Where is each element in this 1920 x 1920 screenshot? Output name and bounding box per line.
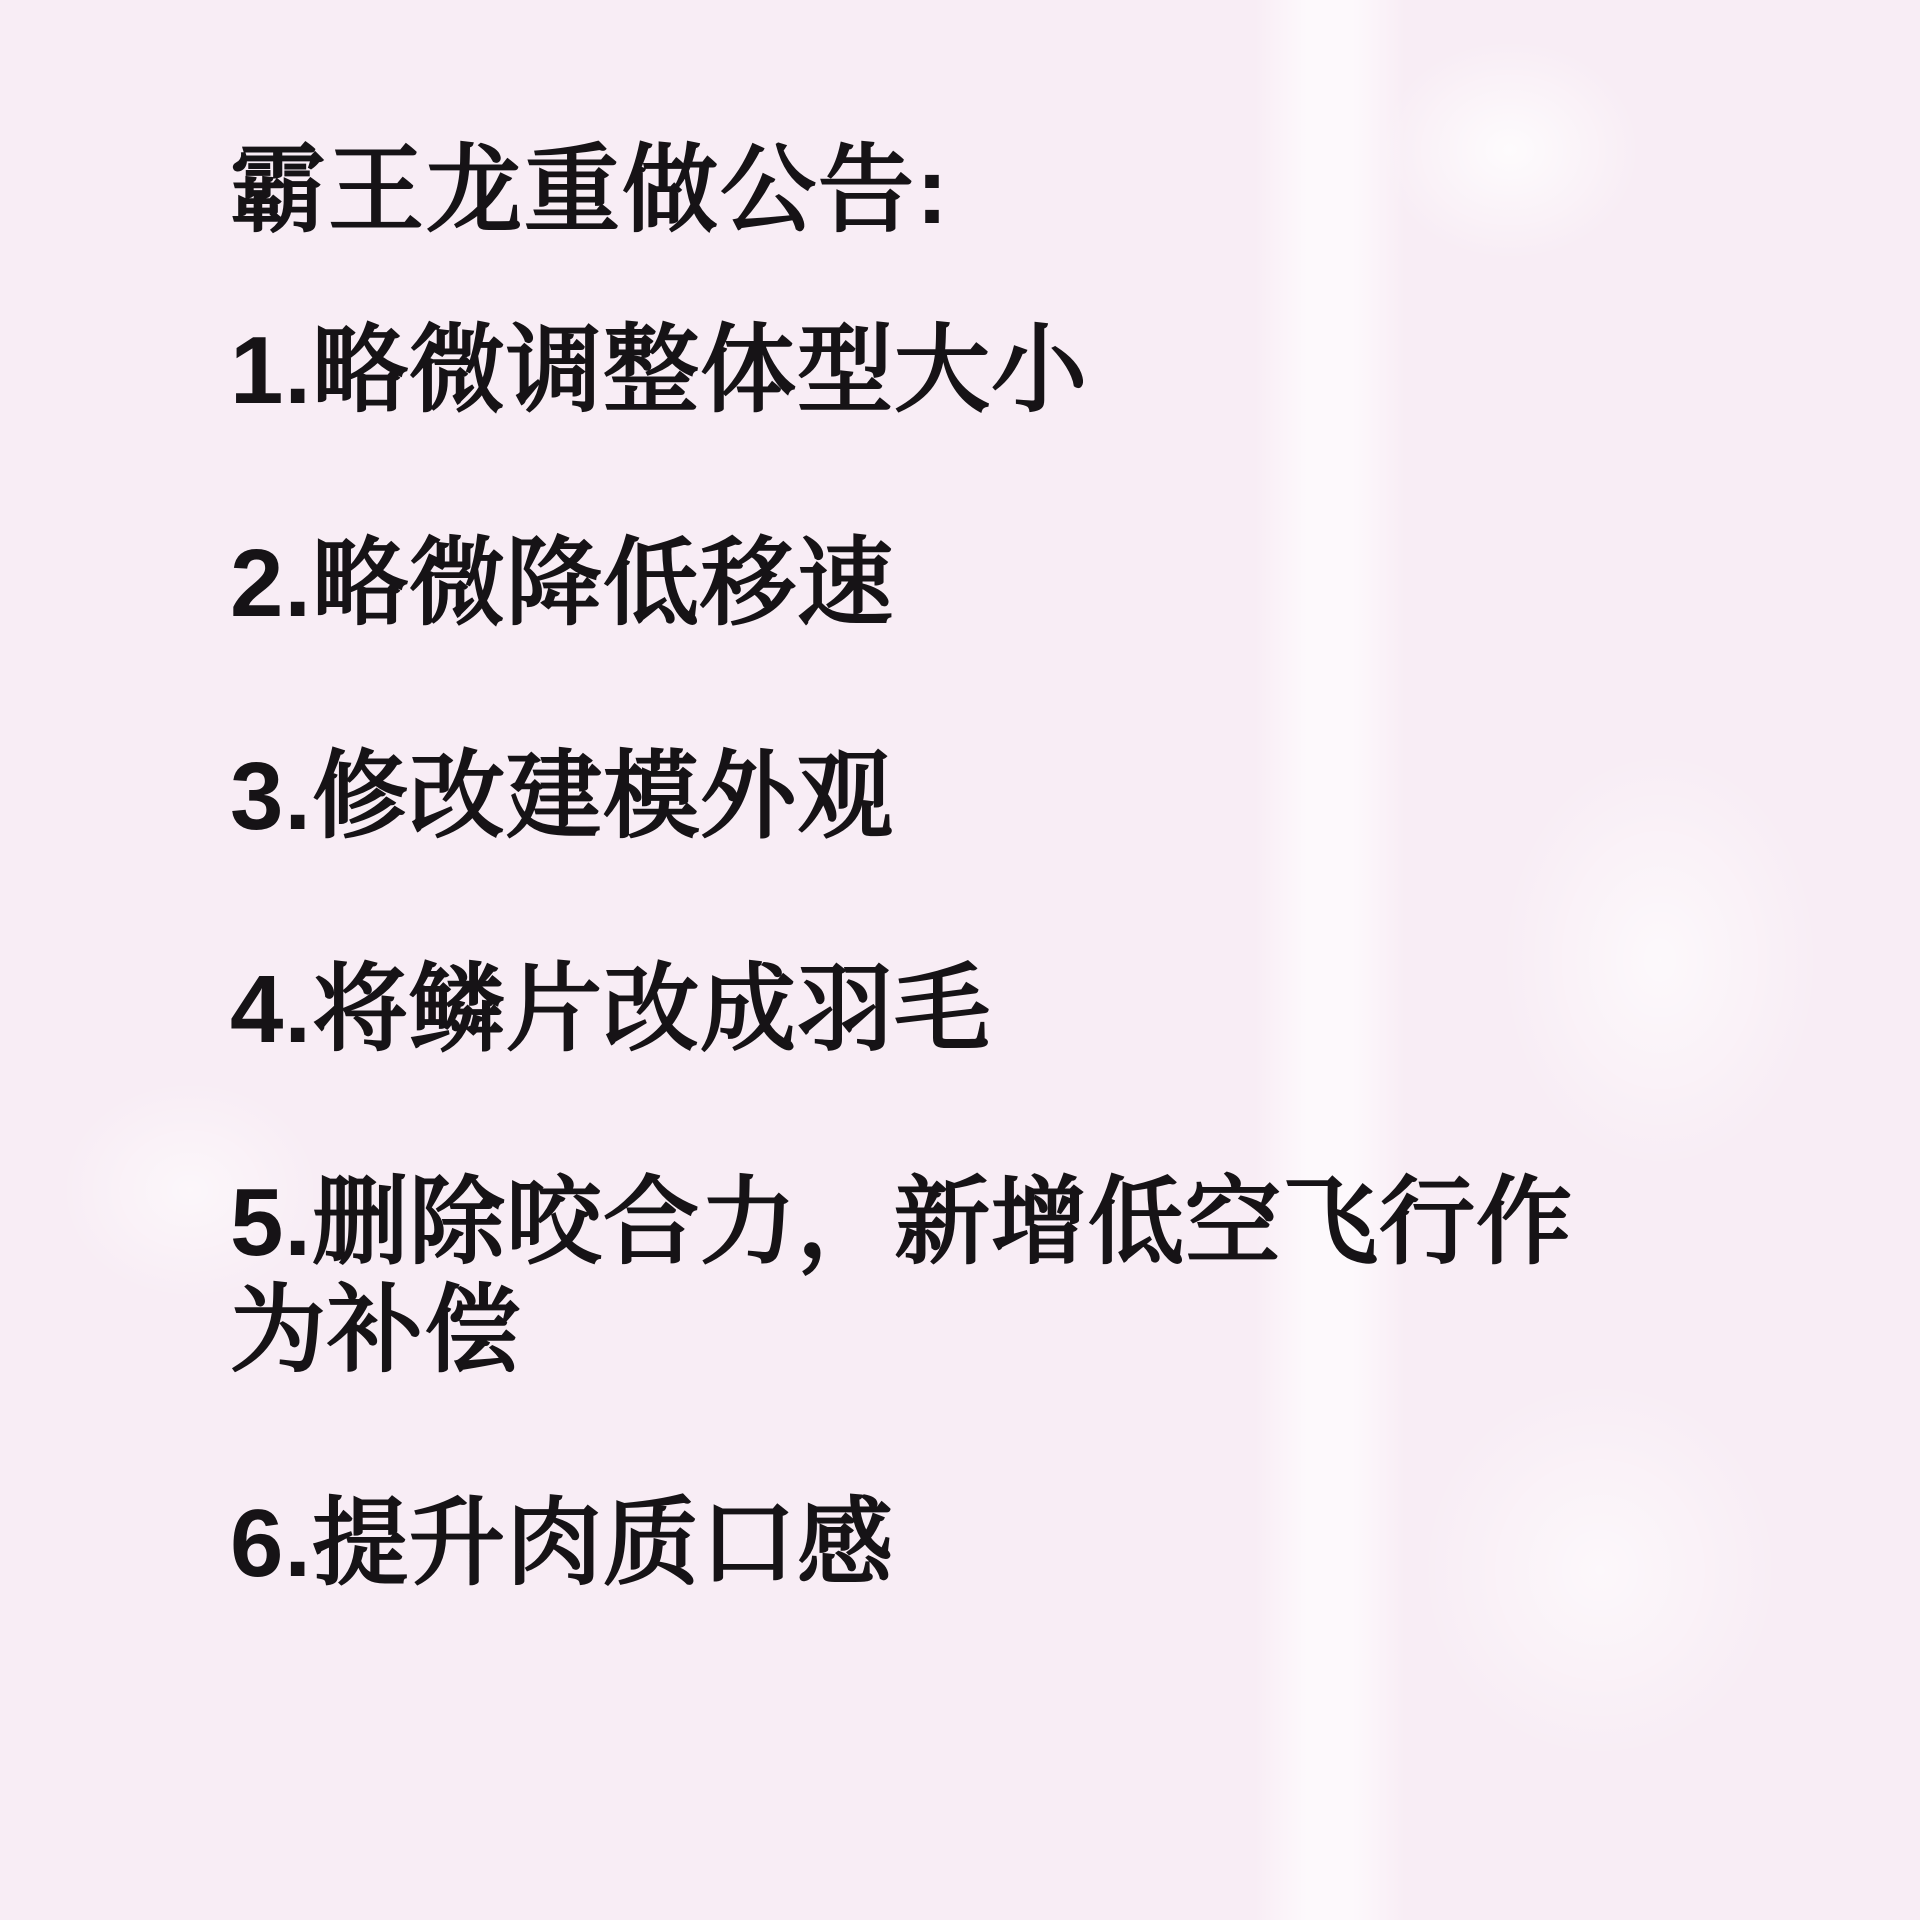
announcement-item-6: 6.提升肉质口感 (230, 1490, 1630, 1598)
announcement-item-3: 3.修改建模外观 (230, 743, 1630, 851)
announcement-item-1: 1.略微调整体型大小 (230, 317, 1630, 425)
announcement-item-2: 2.略微降低移速 (230, 530, 1630, 638)
announcement-body: 霸王龙重做公告: 1.略微调整体型大小 2.略微降低移速 3.修改建模外观 4.… (230, 140, 1630, 1598)
announcement-image: 霸王龙重做公告: 1.略微调整体型大小 2.略微降低移速 3.修改建模外观 4.… (0, 0, 1920, 1920)
announcement-item-4: 4.将鳞片改成羽毛 (230, 956, 1630, 1064)
announcement-item-5: 5.删除咬合力，新增低空飞行作为补偿 (230, 1169, 1630, 1385)
announcement-title: 霸王龙重做公告: (230, 140, 1630, 242)
